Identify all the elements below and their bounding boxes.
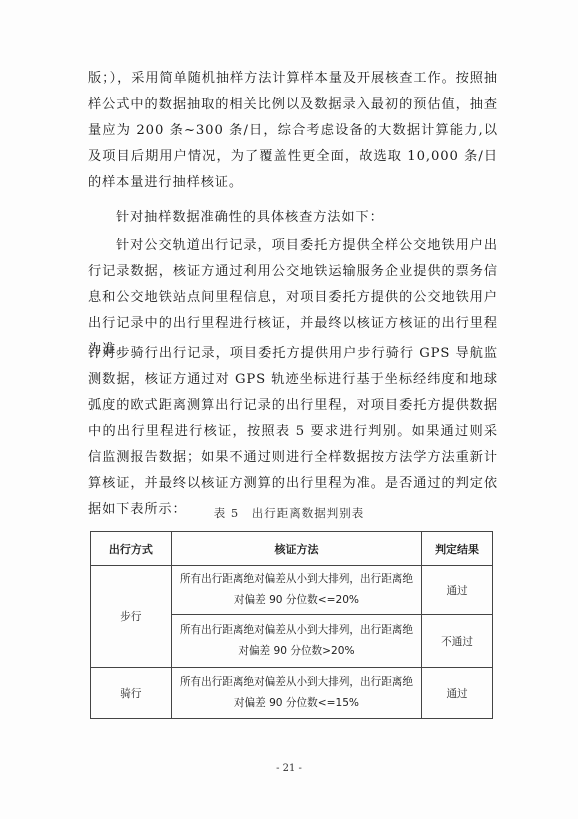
paragraph-check-intro: 针对抽样数据准确性的具体核查方法如下：: [88, 205, 498, 231]
document-page: 版；），采用简单随机抽样方法计算样本量及开展核查工作。按照抽样公式中的数据抽取的…: [0, 0, 578, 819]
paragraph-sampling-method: 版；），采用简单随机抽样方法计算样本量及开展核查工作。按照抽样公式中的数据抽取的…: [88, 66, 498, 196]
header-result: 判定结果: [422, 532, 493, 566]
table-caption: 表 5 出行距离数据判别表: [0, 505, 578, 521]
table-header-row: 出行方式 核证方法 判定结果: [91, 532, 493, 566]
distance-judgement-table: 出行方式 核证方法 判定结果 步行 所有出行距离绝对偏差从小到大排列，出行距离绝…: [90, 531, 493, 719]
cell-method: 所有出行距离绝对偏差从小到大排列，出行距离绝对偏差 90 分位数<=15%: [171, 668, 421, 719]
cell-result: 通过: [422, 668, 493, 719]
header-travel-mode: 出行方式: [91, 532, 172, 566]
cell-method: 所有出行距离绝对偏差从小到大排列，出行距离绝对偏差 90 分位数>20%: [171, 615, 421, 668]
paragraph-walk-bike-records: 针对步骑行出行记录，项目委托方提供用户步行骑行 GPS 导航监测数据，核证方通过…: [88, 341, 498, 523]
table-row: 步行 所有出行距离绝对偏差从小到大排列，出行距离绝对偏差 90 分位数<=20%…: [91, 566, 493, 615]
table-row: 骑行 所有出行距离绝对偏差从小到大排列，出行距离绝对偏差 90 分位数<=15%…: [91, 668, 493, 719]
cell-result: 不通过: [422, 615, 493, 668]
page-number: - 21 -: [0, 763, 578, 774]
cell-result: 通过: [422, 566, 493, 615]
cell-mode-bike: 骑行: [91, 668, 172, 719]
header-verification-method: 核证方法: [171, 532, 421, 566]
cell-method: 所有出行距离绝对偏差从小到大排列，出行距离绝对偏差 90 分位数<=20%: [171, 566, 421, 615]
cell-mode-walk: 步行: [91, 566, 172, 668]
